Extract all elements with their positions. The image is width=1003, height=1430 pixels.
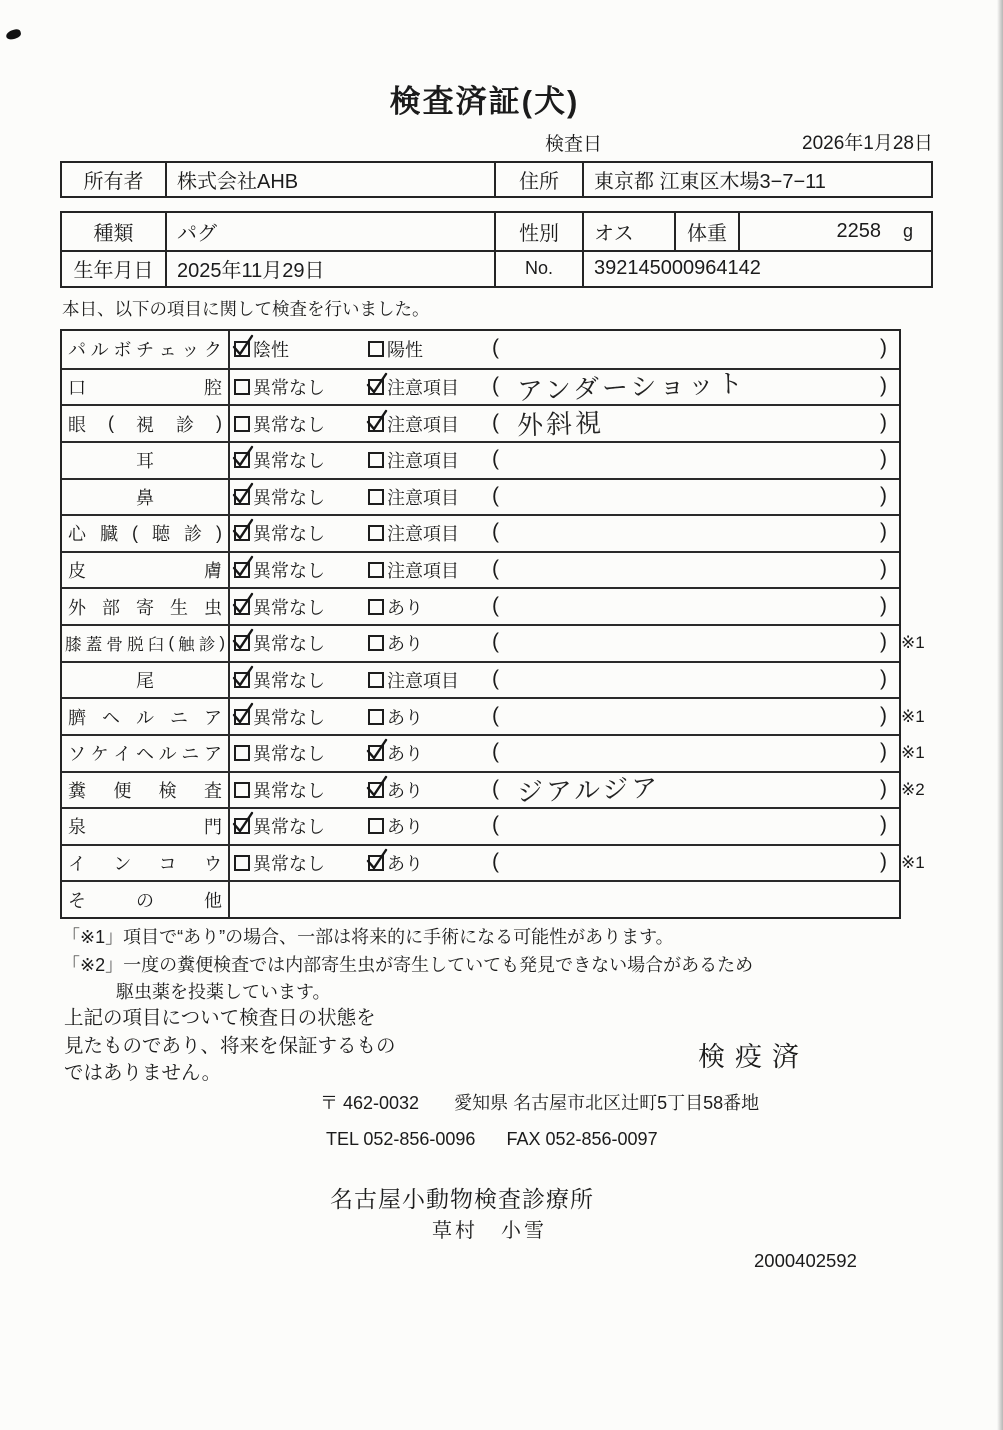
birth-label: 生年月日 [62, 250, 165, 287]
item-name: 臍ヘルニア [62, 699, 230, 734]
check-mark-icon [231, 482, 255, 506]
inspection-row: その他 [62, 880, 899, 917]
handwritten-note: 外斜視 [516, 402, 604, 442]
item-name: 耳 [62, 443, 230, 478]
option1-label: 異常なし [253, 411, 325, 437]
item-result: 異常なし 注意項目 ( ) [230, 480, 899, 515]
check-mark-icon [365, 848, 389, 872]
weight-cell: 2258 g [738, 213, 931, 250]
item-result: 異常なし あり ( ) [230, 699, 899, 734]
inspection-row: 泉門 異常なし あり ( ) [62, 807, 899, 844]
inspection-row: パルボチェック 陰性 陽性 ( ) [62, 331, 899, 368]
footnote-mark [901, 589, 945, 624]
footnote-mark: ※1 [901, 626, 945, 661]
checkbox-option1 [234, 379, 250, 395]
checkbox-option2 [368, 416, 384, 432]
inspection-row: 糞便検査 異常なし あり ( ジアルジア ) ※2 [62, 771, 899, 808]
check-mark-icon [365, 738, 389, 762]
note-paren-close: ) [880, 410, 887, 434]
option2-label: あり [387, 704, 423, 730]
checkbox-option2 [368, 745, 384, 761]
note-paren-open: ( [492, 703, 499, 727]
inspection-row: 膝蓋骨脱臼(触診) 異常なし あり ( ) ※1 [62, 624, 899, 661]
owner-value: 株式会社AHB [165, 163, 494, 196]
checkbox-option2 [368, 562, 384, 578]
clinic-tel: TEL 052-856-0096 [326, 1129, 475, 1149]
footnote-mark [901, 809, 945, 844]
checkbox-option1 [234, 599, 250, 615]
item-result: 異常なし あり ( ) [230, 809, 899, 844]
note-paren-open: ( [492, 336, 499, 360]
footnote-mark [901, 516, 945, 551]
checkbox-option2 [368, 489, 384, 505]
checkbox-option2 [368, 341, 384, 357]
option2-label: あり [387, 813, 423, 839]
note-paren-open: ( [492, 740, 499, 764]
checkbox-option2 [368, 599, 384, 615]
footnote-1: 「※1」項目で“あり”の場合、一部は将来的に手術になる可能性があります。 [62, 923, 674, 949]
note-paren-open: ( [492, 667, 499, 691]
handwritten-note: アンダーショット [516, 363, 746, 408]
clinic-telfax-line: TEL 052-856-0096 FAX 052-856-0097 [326, 1129, 658, 1150]
checkbox-option1 [234, 782, 250, 798]
check-mark-icon [231, 445, 255, 469]
item-result: 異常なし あり ( ) [230, 589, 899, 624]
weight-unit: g [903, 221, 913, 242]
option1-label: 異常なし [253, 630, 325, 656]
option1-label: 異常なし [253, 667, 325, 693]
note-paren-open: ( [492, 850, 499, 874]
item-result: 異常なし 注意項目 ( 外斜視 ) [230, 406, 899, 441]
checkbox-option2 [368, 818, 384, 834]
option2-label: 注意項目 [387, 520, 459, 546]
note-paren-open: ( [492, 410, 499, 434]
footnote-mark [901, 480, 945, 515]
note-paren-close: ) [880, 813, 887, 837]
option2-label: 注意項目 [387, 411, 459, 437]
note-paren-close: ) [880, 557, 887, 581]
footnote-mark [901, 663, 945, 698]
inspection-row: 口腔 異常なし 注意項目 ( アンダーショット ) [62, 368, 899, 405]
scan-edge-shadow [997, 0, 1003, 1430]
item-name: 膝蓋骨脱臼(触診) [62, 626, 230, 661]
footnote-mark [901, 553, 945, 588]
check-mark-icon [231, 628, 255, 652]
item-result [230, 882, 899, 917]
address-label: 住所 [494, 163, 582, 196]
option2-label: 注意項目 [387, 667, 459, 693]
checkbox-option1 [234, 416, 250, 432]
item-result: 異常なし あり ( ) [230, 846, 899, 881]
number-value: 392145000964142 [582, 250, 931, 287]
intro-sentence: 本日、以下の項目に関して検査を行いました。 [62, 296, 430, 321]
document-title: 検査済証(犬) [0, 76, 986, 121]
item-name: 心臓(聴診) [62, 516, 230, 551]
option2-label: 注意項目 [387, 484, 459, 510]
option2-label: 陽性 [387, 336, 423, 362]
item-name: 鼻 [62, 480, 230, 515]
checkbox-option2 [368, 635, 384, 651]
item-result: 陰性 陽性 ( ) [230, 331, 899, 368]
note-paren-close: ) [880, 484, 887, 508]
check-mark-icon [231, 555, 255, 579]
footnote-mark [901, 443, 945, 478]
note-paren-close: ) [880, 336, 887, 360]
note-paren-close: ) [880, 850, 887, 874]
checkbox-option1 [234, 452, 250, 468]
inspection-row: 外部寄生虫 異常なし あり ( ) [62, 587, 899, 624]
inspection-row: 心臓(聴診) 異常なし 注意項目 ( ) [62, 514, 899, 551]
option1-label: 異常なし [253, 557, 325, 583]
checkbox-option2 [368, 782, 384, 798]
footnote-mark: ※2 [901, 773, 945, 808]
note-paren-close: ) [880, 777, 887, 801]
note-paren-close: ) [880, 667, 887, 691]
item-result: 異常なし 注意項目 ( アンダーショット ) [230, 370, 899, 405]
option2-label: 注意項目 [387, 374, 459, 400]
disclaimer-line2: 見たものであり、将来を保証するもの [64, 1033, 396, 1061]
option2-label: あり [387, 777, 423, 803]
handwritten-note: ジアルジア [516, 767, 661, 809]
item-result: 異常なし 注意項目 ( ) [230, 443, 899, 478]
checkbox-option1 [234, 709, 250, 725]
disclaimer-line1: 上記の項目について検査日の状態を [64, 1005, 396, 1033]
footnote-mark [901, 406, 945, 441]
check-mark-icon [365, 372, 389, 396]
checkbox-option1 [234, 489, 250, 505]
inspection-row: 鼻 異常なし 注意項目 ( ) [62, 478, 899, 515]
item-result: 異常なし あり ( ) [230, 626, 899, 661]
item-result: 異常なし あり ( ジアルジア ) [230, 773, 899, 808]
item-name: インコウ [62, 846, 230, 881]
checkbox-option1 [234, 635, 250, 651]
option1-label: 異常なし [253, 374, 325, 400]
breed-label: 種類 [62, 213, 165, 250]
quarantine-stamp: 検疫済 [698, 1035, 809, 1074]
note-paren-close: ) [880, 630, 887, 654]
sex-value: オス [582, 213, 674, 250]
note-paren-close: ) [880, 447, 887, 471]
footnote-mark: ※1 [901, 736, 945, 771]
item-name: 糞便検査 [62, 773, 230, 808]
checkbox-option1 [234, 341, 250, 357]
note-paren-open: ( [492, 447, 499, 471]
check-mark-icon [231, 518, 255, 542]
option1-label: 異常なし [253, 777, 325, 803]
inspection-row: 皮膚 異常なし 注意項目 ( ) [62, 551, 899, 588]
exam-date-label: 検査日 [545, 129, 602, 156]
checkbox-option1 [234, 745, 250, 761]
weight-value: 2258 [836, 220, 881, 243]
check-mark-icon [231, 702, 255, 726]
option1-label: 異常なし [253, 704, 325, 730]
note-paren-close: ) [880, 740, 887, 764]
note-paren-close: ) [880, 374, 887, 398]
veterinarian-name: 草村 小雪 [432, 1214, 547, 1243]
item-result: 異常なし 注意項目 ( ) [230, 553, 899, 588]
checkbox-option2 [368, 379, 384, 395]
clinic-fax: FAX 052-856-0097 [506, 1129, 657, 1149]
note-paren-open: ( [492, 374, 499, 398]
item-name: その他 [62, 882, 230, 917]
inspection-table: パルボチェック 陰性 陽性 ( ) [60, 329, 901, 919]
inspection-row: 臍ヘルニア 異常なし あり ( ) ※1 [62, 697, 899, 734]
note-paren-close: ) [880, 520, 887, 544]
breed-value: パグ [165, 213, 494, 250]
footnote-mark: ※1 [901, 846, 945, 881]
checkbox-option1 [234, 818, 250, 834]
clinic-name: 名古屋小動物検査診療所 [330, 1181, 594, 1214]
item-name: ソケイヘルニア [62, 736, 230, 771]
note-paren-open: ( [492, 777, 499, 801]
note-paren-open: ( [492, 484, 499, 508]
note-paren-open: ( [492, 557, 499, 581]
note-paren-open: ( [492, 630, 499, 654]
weight-label: 体重 [674, 213, 738, 250]
footnote-mark [901, 882, 945, 917]
option2-label: 注意項目 [387, 557, 459, 583]
option1-label: 異常なし [253, 813, 325, 839]
footnote-mark [901, 370, 945, 405]
inspection-row: 尾 異常なし 注意項目 ( ) [62, 661, 899, 698]
footnote-mark [901, 331, 945, 368]
item-result: 異常なし 注意項目 ( ) [230, 663, 899, 698]
serial-number: 2000402592 [754, 1250, 857, 1272]
option1-label: 異常なし [253, 484, 325, 510]
check-mark-icon [231, 592, 255, 616]
option1-label: 異常なし [253, 520, 325, 546]
checkbox-option2 [368, 709, 384, 725]
clinic-address: 愛知県 名古屋市北区辻町5丁目58番地 [454, 1093, 759, 1113]
option2-label: 注意項目 [387, 447, 459, 473]
checkbox-option2 [368, 525, 384, 541]
option2-label: あり [387, 850, 423, 876]
scanned-certificate-page: 検査済証(犬) 検査日 2026年1月28日 所有者 株式会社AHB 住所 東京… [0, 0, 1003, 1430]
footnote-2: 「※2」一度の糞便検査では内部寄生虫が寄生していても発見できない場合があるため [62, 951, 753, 977]
address-value: 東京都 江東区木場3−7−11 [582, 163, 931, 196]
option1-label: 陰性 [253, 336, 289, 362]
disclaimer: 上記の項目について検査日の状態を 見たものであり、将来を保証するもの ではありま… [64, 1005, 396, 1088]
check-mark-icon [365, 409, 389, 433]
checkbox-option1 [234, 525, 250, 541]
option1-label: 異常なし [253, 740, 325, 766]
option2-label: あり [387, 594, 423, 620]
footnote-2-cont: 駆虫薬を投薬しています。 [116, 978, 331, 1004]
animal-table: 種類 パグ 性別 オス 体重 2258 g 生年月日 2025年11月29日 N… [60, 211, 933, 288]
note-paren-open: ( [492, 593, 499, 617]
owner-table: 所有者 株式会社AHB 住所 東京都 江東区木場3−7−11 [60, 161, 933, 198]
item-name: 皮膚 [62, 553, 230, 588]
check-mark-icon [231, 811, 255, 835]
option1-label: 異常なし [253, 447, 325, 473]
item-name: 外部寄生虫 [62, 589, 230, 624]
item-result: 異常なし あり ( ) [230, 736, 899, 771]
option2-label: あり [387, 740, 423, 766]
clinic-address-line: 〒 462-0032 愛知県 名古屋市北区辻町5丁目58番地 [320, 1089, 759, 1115]
disclaimer-line3: ではありません。 [64, 1060, 396, 1088]
item-name: 眼(視診) [62, 406, 230, 441]
footnote-mark: ※1 [901, 699, 945, 734]
option1-label: 異常なし [253, 850, 325, 876]
inspection-row: インコウ 異常なし あり ( ) ※1 [62, 844, 899, 881]
item-name: 尾 [62, 663, 230, 698]
item-name: パルボチェック [62, 331, 230, 368]
checkbox-option1 [234, 672, 250, 688]
note-paren-open: ( [492, 813, 499, 837]
checkbox-option1 [234, 855, 250, 871]
note-paren-close: ) [880, 703, 887, 727]
option1-label: 異常なし [253, 594, 325, 620]
inspection-row: 耳 異常なし 注意項目 ( ) [62, 441, 899, 478]
owner-label: 所有者 [62, 163, 165, 196]
sex-label: 性別 [494, 213, 582, 250]
checkbox-option1 [234, 562, 250, 578]
item-name: 口腔 [62, 370, 230, 405]
checkbox-option2 [368, 855, 384, 871]
scan-artifact [5, 28, 22, 41]
clinic-postal-code: 〒 462-0032 [320, 1093, 419, 1113]
number-label: No. [494, 250, 582, 287]
inspection-row: ソケイヘルニア 異常なし あり ( ) ※1 [62, 734, 899, 771]
birth-value: 2025年11月29日 [165, 250, 494, 287]
checkbox-option2 [368, 452, 384, 468]
checkbox-option2 [368, 672, 384, 688]
check-mark-icon [231, 665, 255, 689]
inspection-row: 眼(視診) 異常なし 注意項目 ( 外斜視 ) [62, 404, 899, 441]
note-paren-close: ) [880, 593, 887, 617]
item-name: 泉門 [62, 809, 230, 844]
check-mark-icon [365, 775, 389, 799]
check-mark-icon [231, 334, 255, 358]
item-result: 異常なし 注意項目 ( ) [230, 516, 899, 551]
note-paren-open: ( [492, 520, 499, 544]
exam-date-value: 2026年1月28日 [763, 128, 933, 155]
option2-label: あり [387, 630, 423, 656]
